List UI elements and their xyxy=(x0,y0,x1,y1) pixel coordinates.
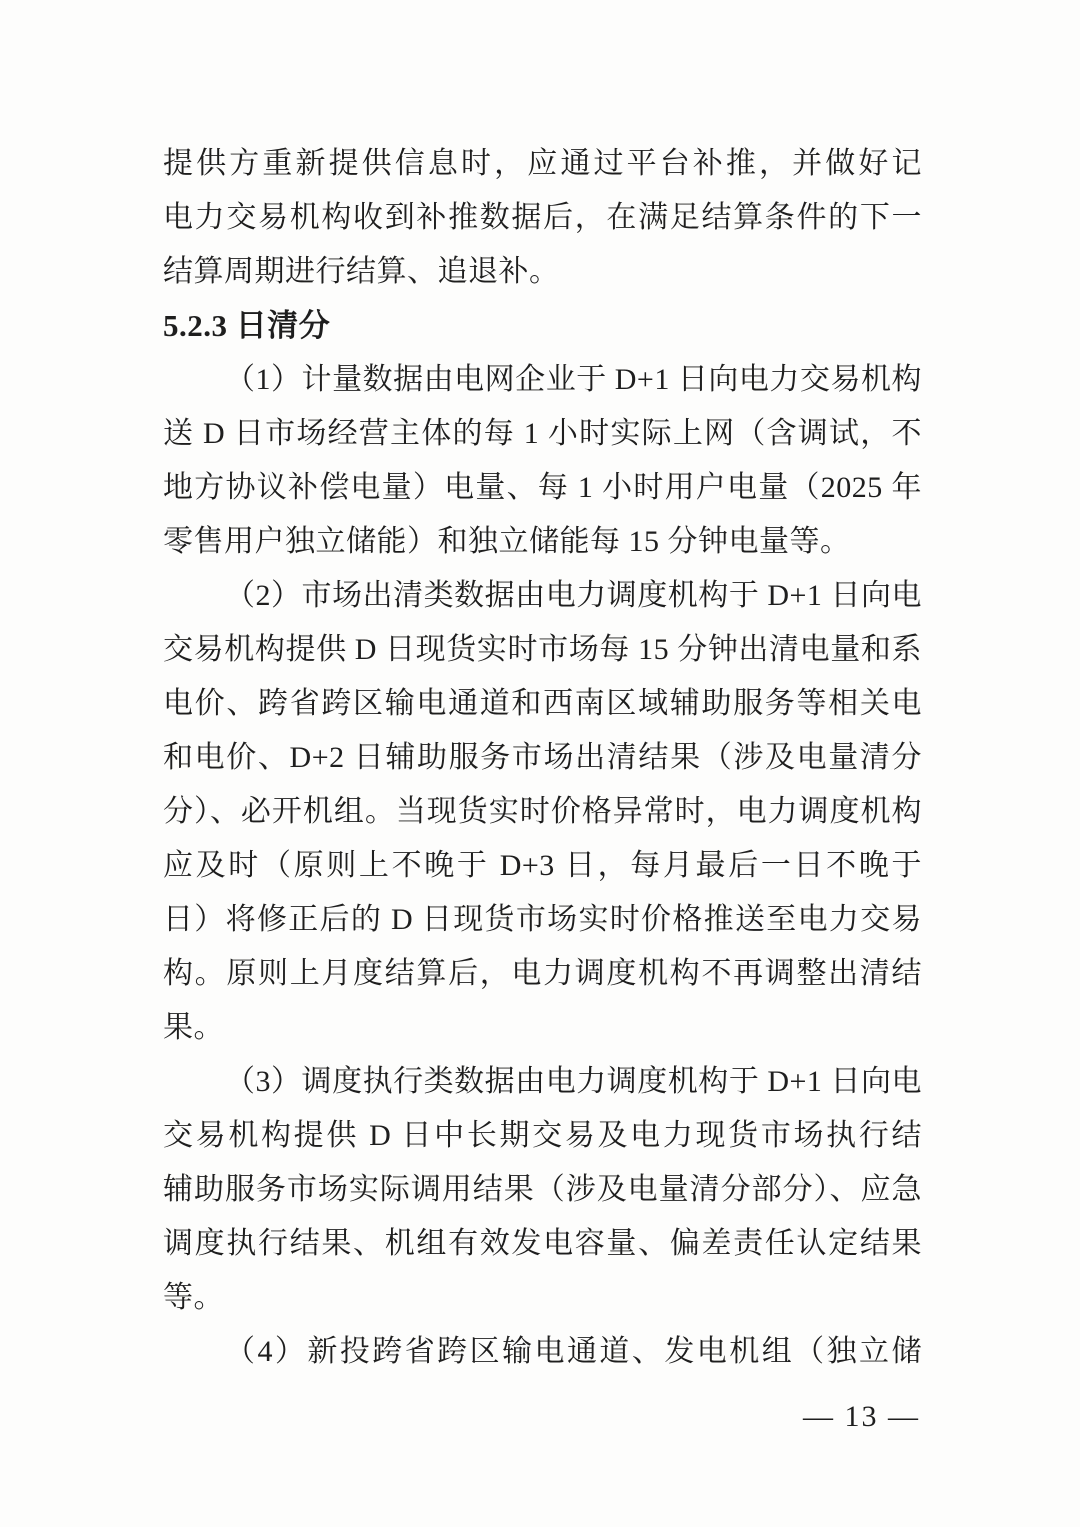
text-line: （2）市场出清类数据由电力调度机构于 D+1 日向电力 xyxy=(163,569,922,623)
text-line: 交易机构提供 D 日中长期交易及电力现货市场执行结果、 xyxy=(163,1109,922,1163)
paragraph: （1）计量数据由电网企业于 D+1 日向电力交易机构推送 D 日市场经营主体的每… xyxy=(163,353,922,569)
text-line: 应及时（原则上不晚于 D+3 日，每月最后一日不晚于 D+2 xyxy=(163,839,922,893)
paragraph: （4）新投跨省跨区输电通道、发电机组（独立储能） xyxy=(163,1325,922,1379)
text-line: 电力交易机构收到补推数据后，在满足结算条件的下一个 xyxy=(163,191,922,245)
page-number: — 13 — xyxy=(803,1395,920,1439)
text-line: 电价、跨省跨区输电通道和西南区域辅助服务等相关电量 xyxy=(163,677,922,731)
text-line: 提供方重新提供信息时，应通过平台补推，并做好记录。 xyxy=(163,137,922,191)
text-line: 辅助服务市场实际调用结果（涉及电量清分部分）、应急 xyxy=(163,1163,922,1217)
text-line: 分）、必开机组。当现货实时价格异常时，电力调度机构 xyxy=(163,785,922,839)
text-line: 果。 xyxy=(163,1001,922,1055)
document-body: 提供方重新提供信息时，应通过平台补推，并做好记录。电力交易机构收到补推数据后，在… xyxy=(163,137,922,1379)
text-line: 结算周期进行结算、追退补。 xyxy=(163,245,922,299)
text-line: 构。原则上月度结算后，电力调度机构不再调整出清结 xyxy=(163,947,922,1001)
text-line: 和电价、D+2 日辅助服务市场出清结果（涉及电量清分部 xyxy=(163,731,922,785)
text-line: （4）新投跨省跨区输电通道、发电机组（独立储能） xyxy=(163,1325,922,1379)
text-line: 调度执行结果、机组有效发电容量、偏差责任认定结果 xyxy=(163,1217,922,1271)
text-line: （1）计量数据由电网企业于 D+1 日向电力交易机构推 xyxy=(163,353,922,407)
paragraph: （3）调度执行类数据由电力调度机构于 D+1 日向电力交易机构提供 D 日中长期… xyxy=(163,1055,922,1325)
text-line: 零售用户独立储能）和独立储能每 15 分钟电量等。 xyxy=(163,515,922,569)
text-line: 交易机构提供 D 日现货实时市场每 15 分钟出清电量和系统 xyxy=(163,623,922,677)
text-line: （3）调度执行类数据由电力调度机构于 D+1 日向电力 xyxy=(163,1055,922,1109)
section-heading: 5.2.3 日清分 xyxy=(163,299,922,353)
text-line: 地方协议补偿电量）电量、每 1 小时用户电量（2025 年含 xyxy=(163,461,922,515)
document-page: 提供方重新提供信息时，应通过平台补推，并做好记录。电力交易机构收到补推数据后，在… xyxy=(0,0,1080,1527)
paragraph: （2）市场出清类数据由电力调度机构于 D+1 日向电力交易机构提供 D 日现货实… xyxy=(163,569,922,1055)
paragraph: 提供方重新提供信息时，应通过平台补推，并做好记录。电力交易机构收到补推数据后，在… xyxy=(163,137,922,299)
text-line: 送 D 日市场经营主体的每 1 小时实际上网（含调试，不含 xyxy=(163,407,922,461)
text-line: 日）将修正后的 D 日现货市场实时价格推送至电力交易机 xyxy=(163,893,922,947)
text-line: 等。 xyxy=(163,1271,922,1325)
